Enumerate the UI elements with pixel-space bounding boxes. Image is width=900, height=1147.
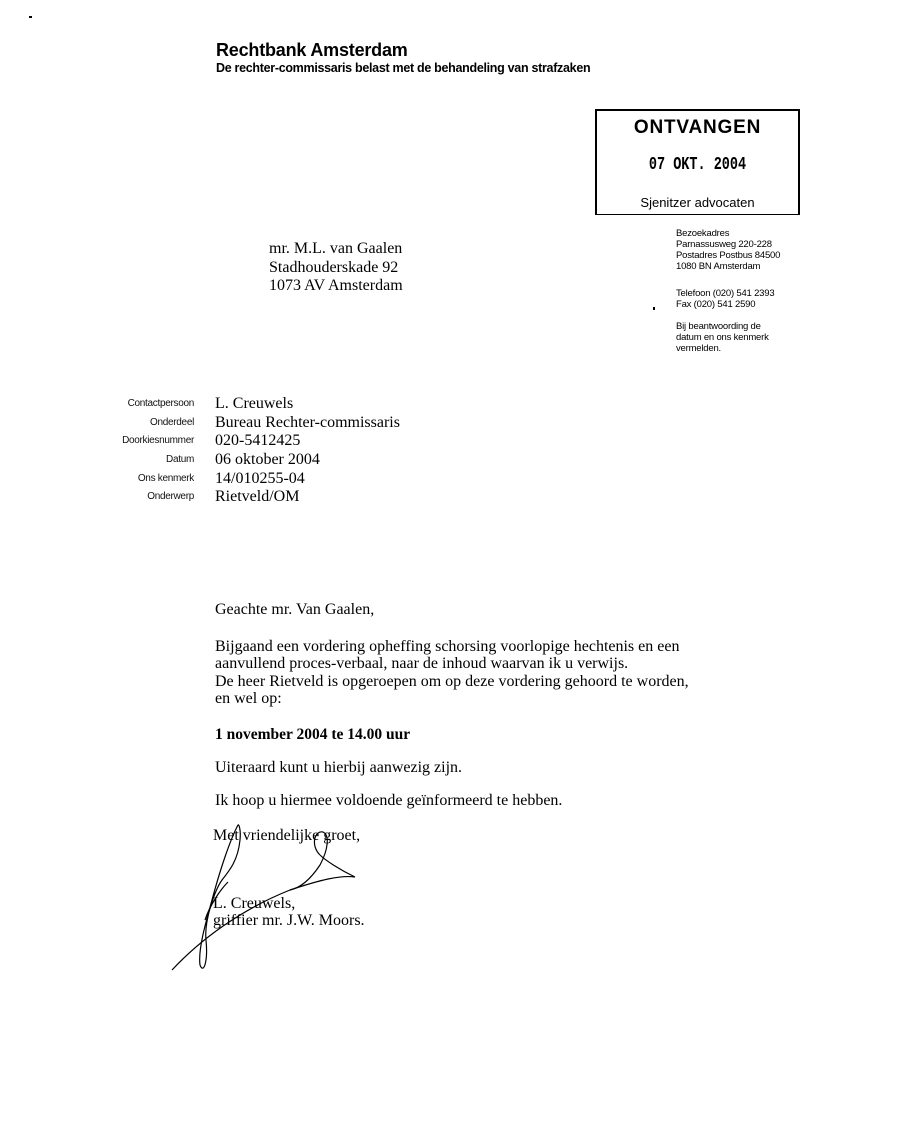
meta-label: Onderdeel: [90, 417, 194, 428]
stamp-title: ONTVANGEN: [597, 117, 798, 139]
paragraph-informed: Ik hoop u hiermee voldoende geïnformeerd…: [215, 792, 815, 810]
paragraph-line: De heer Rietveld is opgeroepen om op dez…: [215, 673, 815, 691]
phone: Telefoon (020) 541 2393: [676, 288, 780, 299]
paragraph-main: Bijgaand een vordering opheffing schorsi…: [215, 638, 815, 708]
signer-name: L. Creuwels,: [213, 895, 365, 912]
organization-subtitle: De rechter-commissaris belast met de beh…: [216, 61, 590, 75]
letter-body: Geachte mr. Van Gaalen, Bijgaand een vor…: [215, 601, 815, 823]
signer-title: griffier mr. J.W. Moors.: [213, 912, 365, 929]
scan-speck: [29, 16, 32, 18]
reply-note: vermelden.: [676, 343, 780, 354]
recipient-name: mr. M.L. van Gaalen: [269, 240, 403, 259]
closing-greeting: Met vriendelijke groet,: [213, 827, 360, 845]
recipient-street: Stadhouderskade 92: [269, 259, 403, 278]
meta-value: Bureau Rechter-commissaris: [215, 414, 400, 432]
stamp-firm: Sjenitzer advocaten: [597, 195, 798, 210]
salutation: Geachte mr. Van Gaalen,: [215, 601, 815, 619]
paragraph-present: Uiteraard kunt u hierbij aanwezig zijn.: [215, 759, 815, 777]
meta-label: Doorkiesnummer: [90, 435, 194, 446]
fax: Fax (020) 541 2590: [676, 299, 780, 310]
meta-value: 06 oktober 2004: [215, 451, 320, 469]
organization-name: Rechtbank Amsterdam: [216, 40, 408, 61]
postal-address: Postadres Postbus 84500: [676, 250, 780, 261]
received-stamp: ONTVANGEN 07 OKT. 2004 Sjenitzer advocat…: [595, 109, 800, 215]
signer-block: L. Creuwels, griffier mr. J.W. Moors.: [213, 895, 365, 929]
postal-city: 1080 BN Amsterdam: [676, 261, 780, 272]
sender-info: Bezoekadres Parnassusweg 220-228 Postadr…: [676, 228, 780, 354]
stamp-date: 07 OKT. 2004: [622, 155, 773, 175]
meta-label: Contactpersoon: [90, 398, 194, 409]
scan-speck: [653, 307, 655, 310]
meta-label: Onderwerp: [90, 491, 194, 502]
paragraph-line: Bijgaand een vordering opheffing schorsi…: [215, 638, 815, 656]
recipient-address: mr. M.L. van Gaalen Stadhouderskade 92 1…: [269, 240, 403, 296]
meta-value: Rietveld/OM: [215, 488, 299, 506]
meta-value: 14/010255-04: [215, 470, 305, 488]
paragraph-line: en wel op:: [215, 690, 815, 708]
meta-value: 020-5412425: [215, 432, 300, 450]
visit-address: Parnassusweg 220-228: [676, 239, 780, 250]
reply-note: datum en ons kenmerk: [676, 332, 780, 343]
paragraph-line: aanvullend proces-verbaal, naar de inhou…: [215, 655, 815, 673]
appointment-datetime: 1 november 2004 te 14.00 uur: [215, 726, 815, 744]
reply-note: Bij beantwoording de: [676, 321, 780, 332]
meta-label: Ons kenmerk: [90, 473, 194, 484]
recipient-city: 1073 AV Amsterdam: [269, 277, 403, 296]
visit-label: Bezoekadres: [676, 228, 780, 239]
meta-value: L. Creuwels: [215, 395, 293, 413]
meta-label: Datum: [90, 454, 194, 465]
